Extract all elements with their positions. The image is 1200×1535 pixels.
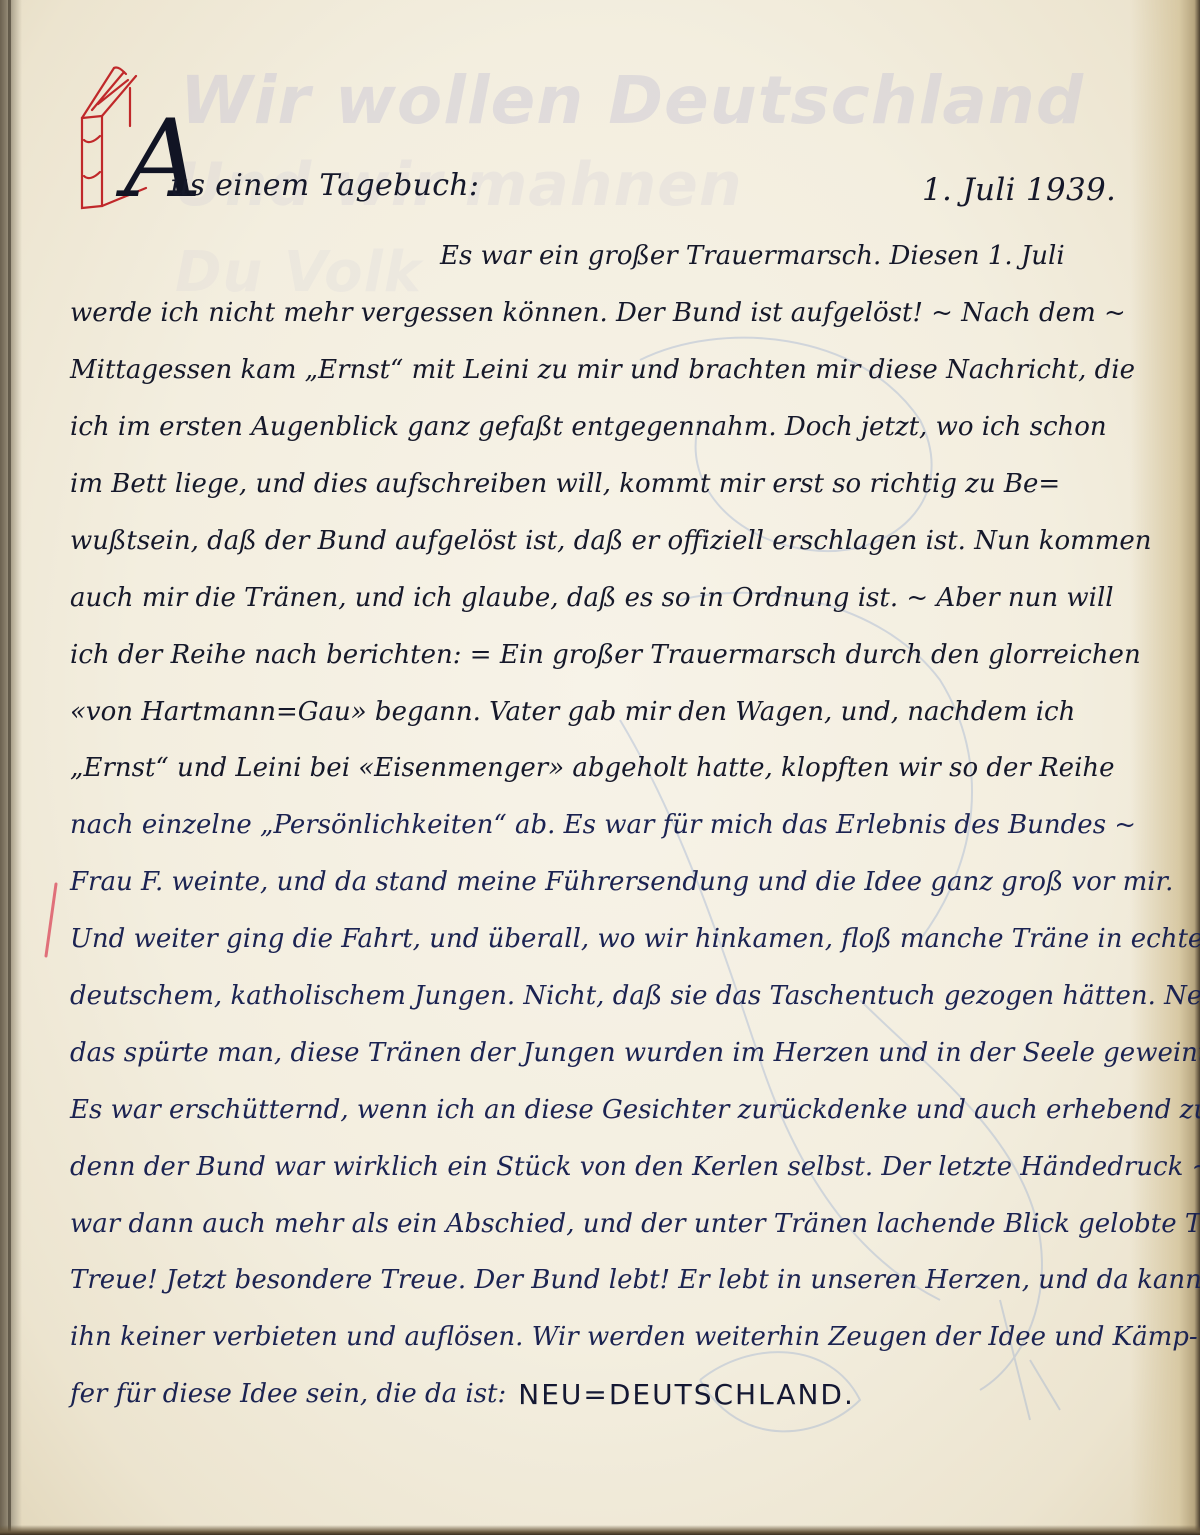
closing-emphasis: NEU=DEUTSCHLAND.	[518, 1378, 855, 1411]
body-line: Treue! Jetzt besondere Treue. Der Bund l…	[70, 1252, 1070, 1309]
body-line-text: Es war erschütternd, wenn ich an diese G…	[70, 1095, 1200, 1125]
body-line-text: „Ernst“ und Leini bei «Eisenmenger» abge…	[70, 753, 1115, 783]
body-line-text: «von Hartmann=Gau» begann. Vater gab mir…	[70, 697, 1075, 727]
body-line-text: fer für diese Idee sein, die da ist:	[70, 1379, 506, 1409]
body-line: ich der Reihe nach berichten: = Ein groß…	[70, 626, 1070, 683]
body-line: Es war erschütternd, wenn ich an diese G…	[70, 1081, 1070, 1138]
body-line-text: Es war ein großer Trauermarsch. Diesen 1…	[440, 241, 1065, 271]
body-line: „Ernst“ und Leini bei «Eisenmenger» abge…	[70, 740, 1070, 797]
body-line: im Bett liege, und dies aufschreiben wil…	[70, 456, 1070, 513]
body-line: deutschem, katholischem Jungen. Nicht, d…	[70, 968, 1070, 1025]
body-line-text: wußtsein, daß der Bund aufgelöst ist, da…	[70, 526, 1152, 556]
body-line-text: ihn keiner verbieten und auflösen. Wir w…	[70, 1322, 1198, 1352]
body-line: Es war ein großer Trauermarsch. Diesen 1…	[70, 228, 1070, 285]
ghost-print-line-1: Wir wollen Deutschland	[180, 62, 1084, 139]
body-line-text: denn der Bund war wirklich ein Stück von…	[70, 1152, 1200, 1182]
body-line: auch mir die Tränen, und ich glaube, daß…	[70, 569, 1070, 626]
body-line: ihn keiner verbieten und auflösen. Wir w…	[70, 1309, 1070, 1366]
body-line: nach einzelne „Persönlichkeiten“ ab. Es …	[70, 797, 1070, 854]
body-line-text: ich der Reihe nach berichten: = Ein groß…	[70, 640, 1141, 670]
body-line: «von Hartmann=Gau» begann. Vater gab mir…	[70, 683, 1070, 740]
body-line: war dann auch mehr als ein Abschied, und…	[70, 1195, 1070, 1252]
body-line-text: werde ich nicht mehr vergessen können. D…	[70, 298, 1126, 328]
body-line-text: im Bett liege, und dies aufschreiben wil…	[70, 469, 1060, 499]
body-line: wußtsein, daß der Bund aufgelöst ist, da…	[70, 512, 1070, 569]
body-line-text: ich im ersten Augenblick ganz gefaßt ent…	[70, 412, 1107, 442]
body-line-text: nach einzelne „Persönlichkeiten“ ab. Es …	[70, 810, 1136, 840]
body-line: Mittagessen kam „Ernst“ mit Leini zu mir…	[70, 342, 1070, 399]
diary-title: us einem Tagebuch:	[170, 168, 479, 203]
body-line: ich im ersten Augenblick ganz gefaßt ent…	[70, 399, 1070, 456]
body-line-text: Frau F. weinte, und da stand meine Führe…	[70, 867, 1173, 897]
diary-page: Wir wollen Deutschland Und wir mahnen Du…	[0, 0, 1200, 1535]
body-line: Frau F. weinte, und da stand meine Führe…	[70, 854, 1070, 911]
diary-body: Es war ein großer Trauermarsch. Diesen 1…	[70, 228, 1070, 1423]
body-line-text: das spürte man, diese Tränen der Jungen …	[70, 1038, 1200, 1068]
body-line-text: deutschem, katholischem Jungen. Nicht, d…	[70, 981, 1200, 1011]
body-line: Und weiter ging die Fahrt, und überall, …	[70, 911, 1070, 968]
book-spine-shadow	[0, 0, 22, 1535]
body-line: werde ich nicht mehr vergessen können. D…	[70, 285, 1070, 342]
body-line-text: auch mir die Tränen, und ich glaube, daß…	[70, 583, 1114, 613]
body-line-text: Mittagessen kam „Ernst“ mit Leini zu mir…	[70, 355, 1135, 385]
body-line-text: Und weiter ging die Fahrt, und überall, …	[70, 924, 1200, 954]
body-line: das spürte man, diese Tränen der Jungen …	[70, 1024, 1070, 1081]
body-line-text: Treue! Jetzt besondere Treue. Der Bund l…	[70, 1265, 1200, 1295]
body-line: fer für diese Idee sein, die da ist: NEU…	[70, 1366, 1070, 1423]
body-line: denn der Bund war wirklich ein Stück von…	[70, 1138, 1070, 1195]
page-edge-bottom	[0, 1525, 1200, 1535]
diary-date: 1. Juli 1939.	[922, 172, 1116, 208]
red-margin-mark	[42, 880, 62, 960]
binding-line	[8, 0, 11, 1535]
body-line-text: war dann auch mehr als ein Abschied, und…	[70, 1209, 1200, 1239]
page-edge-right	[1130, 0, 1200, 1535]
